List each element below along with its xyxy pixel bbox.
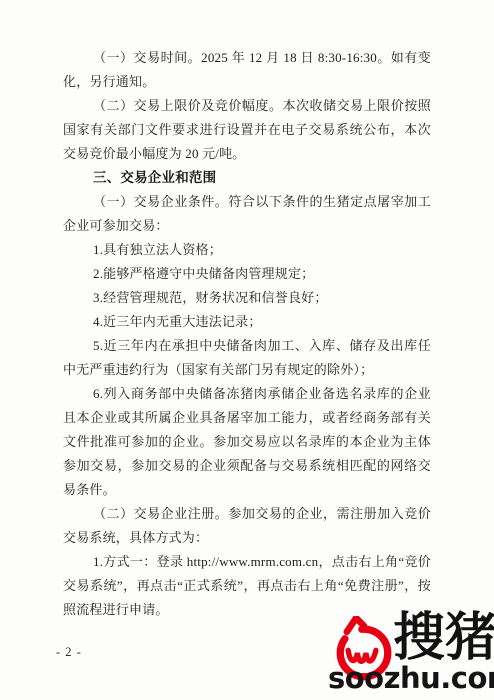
doc-line: 企业可参加交易：: [63, 214, 431, 238]
doc-line: 国家有关部门文件要求进行设置并在电子交易系统公布，本次: [63, 118, 431, 142]
document-page: { "doc": { "lines": [ "（一）交易时间。2025 年 12…: [0, 0, 494, 700]
doc-line: （一）交易企业条件。符合以下条件的生猪定点屠宰加工: [63, 190, 431, 214]
doc-line: （二）交易上限价及竞价幅度。本次收储交易上限价按照: [63, 94, 431, 118]
doc-line: 1.方式一：登录 http://www.mrm.com.cn，点击右上角“竞价: [63, 550, 431, 574]
brand-name-cn: 搜猪: [393, 609, 494, 666]
doc-line: 交易竞价最小幅度为 20 元/吨。: [63, 142, 431, 166]
doc-line: 交易系统，具体方式为：: [63, 526, 431, 550]
document-body: （一）交易时间。2025 年 12 月 18 日 8:30-16:30。如有变 …: [63, 46, 431, 622]
doc-line: （二）交易企业注册。参加交易的企业，需注册加入竞价: [63, 502, 431, 526]
doc-line: 1.具有独立法人资格；: [63, 238, 431, 262]
doc-line: 2.能够严格遵守中央储备肉管理规定；: [63, 262, 431, 286]
doc-line: 化，另行通知。: [63, 70, 431, 94]
doc-line: 参加交易，参加交易的企业须配备与交易系统相匹配的网络交: [63, 454, 431, 478]
doc-line: 交易系统”，再点击“正式系统”，再点击右上角“免费注册”，按: [63, 574, 431, 598]
doc-line: 3.经营管理规范，财务状况和信誉良好；: [63, 286, 431, 310]
brand-domain: soozhu.com: [328, 663, 494, 695]
doc-line: 6.列入商务部中央储备冻猪肉承储企业备选名录库的企业: [63, 382, 431, 406]
doc-line: 4.近三年内无重大违法记录；: [63, 310, 431, 334]
doc-line: 易条件。: [63, 478, 431, 502]
doc-line: 中无严重违约行为（国家有关部门另有规定的除外）；: [63, 358, 431, 382]
doc-line: 且本企业或其所属企业具备屠宰加工能力，或者经商务部有关: [63, 406, 431, 430]
doc-line: 文件批准可参加的企业。参加交易应以名录库的本企业为主体: [63, 430, 431, 454]
section-heading: 三、交易企业和范围: [63, 166, 431, 190]
page-number: - 2 -: [56, 645, 82, 660]
doc-line: （一）交易时间。2025 年 12 月 18 日 8:30-16:30。如有变: [63, 46, 431, 70]
doc-line: 5.近三年内在承担中央储备肉加工、入库、储存及出库任务: [63, 334, 431, 358]
